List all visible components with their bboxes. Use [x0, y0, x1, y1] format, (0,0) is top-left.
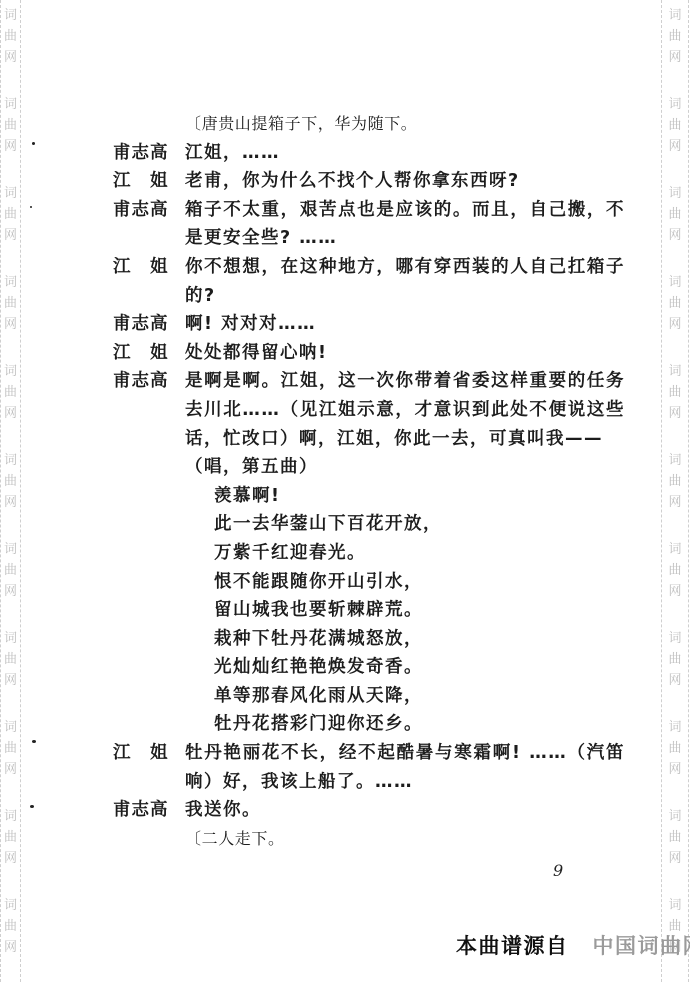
watermark-text: 词曲网 — [4, 272, 18, 335]
lyric-line: 牡丹花搭彩门迎你还乡。 — [185, 710, 625, 739]
watermark-text: 词曲网 — [4, 806, 18, 869]
watermark-text: 词曲网 — [4, 895, 18, 958]
watermark-text: 词曲网 — [4, 717, 18, 780]
script-line: 话，忙改口）啊，江姐，你此一去，可真叫我—— — [113, 425, 625, 454]
speaker-label: 甫志高 — [113, 196, 185, 225]
lyric-line: 万紫千红迎春光。 — [185, 539, 625, 568]
speaker-label: 江 姐 — [113, 253, 185, 282]
dialogue-text: 处处都得留心呐! — [185, 339, 625, 368]
script-line: 牡丹花搭彩门迎你还乡。 — [113, 710, 625, 739]
lyric-line: 留山城我也要斩棘辟荒。 — [185, 596, 625, 625]
script-body: 〔唐贵山提箱子下，华为随下。 甫志高 江姐，…… 江 姐 老甫，你为什么不找个人… — [113, 110, 625, 853]
lyric-line: 羡慕啊! — [185, 482, 625, 511]
ink-speck — [30, 206, 32, 208]
script-line: 甫志高 是啊是啊。江姐，这一次你带着省委这样重要的任务 — [113, 367, 625, 396]
script-line: 此一去华蓥山下百花开放， — [113, 510, 625, 539]
dialogue-text: 的? — [185, 282, 625, 311]
script-line: 江 姐 牡丹艳丽花不长，经不起酷暑与寒霜啊! ……（汽笛 — [113, 739, 625, 768]
ink-speck — [30, 805, 34, 808]
source-site-name: 中国词曲网 — [593, 934, 690, 958]
scanned-script-page: { "watermark": { "text": "词曲网" }, "page"… — [0, 0, 690, 982]
dialogue-text: 是啊是啊。江姐，这一次你带着省委这样重要的任务 — [185, 367, 625, 396]
script-line: 江 姐 你不想想，在这种地方，哪有穿西装的人自己扛箱子 — [113, 253, 625, 282]
script-line: 万紫千红迎春光。 — [113, 539, 625, 568]
dialogue-text: 去川北……（见江姐示意，才意识到此处不便说这些 — [185, 396, 625, 425]
dialogue-text: 话，忙改口）啊，江姐，你此一去，可真叫我—— — [185, 425, 625, 454]
script-line: 是更安全些? …… — [113, 224, 625, 253]
dialogue-text: 我送你。 — [185, 796, 625, 825]
dialogue-text: 啊! 对对对…… — [185, 310, 625, 339]
watermark-text: 词曲网 — [4, 183, 18, 246]
script-line: 〔二人走下。 — [113, 825, 625, 854]
watermark-text: 词曲网 — [668, 806, 682, 869]
watermark-text: 词曲网 — [4, 450, 18, 513]
ink-speck — [32, 740, 36, 743]
watermark-text: 词曲网 — [668, 272, 682, 335]
script-line: 甫志高 啊! 对对对…… — [113, 310, 625, 339]
watermark-text: 词曲网 — [668, 628, 682, 691]
speaker-label: 甫志高 — [113, 139, 185, 168]
watermark-text: 词曲网 — [668, 5, 682, 68]
script-line: 甫志高 江姐，…… — [113, 139, 625, 168]
watermark-text: 词曲网 — [4, 628, 18, 691]
source-attribution: 本曲谱源自中国词曲网 — [456, 930, 690, 960]
script-line: 甫志高 箱子不太重，艰苦点也是应该的。而且，自己搬，不 — [113, 196, 625, 225]
watermark-text: 词曲网 — [668, 717, 682, 780]
script-line: 羡慕啊! — [113, 482, 625, 511]
watermark-text: 词曲网 — [668, 450, 682, 513]
song-cue: （唱，第五曲） — [185, 453, 625, 482]
script-line: 〔唐贵山提箱子下，华为随下。 — [113, 110, 625, 139]
speaker-label: 江 姐 — [113, 739, 185, 768]
dialogue-text: 响）好，我该上船了。…… — [185, 768, 625, 797]
speaker-label: 甫志高 — [113, 367, 185, 396]
lyric-line: 此一去华蓥山下百花开放， — [185, 510, 625, 539]
watermark-text: 词曲网 — [668, 183, 682, 246]
script-line: 栽种下牡丹花满城怒放， — [113, 625, 625, 654]
right-watermark-strip: 词曲网 词曲网 词曲网 词曲网 词曲网 词曲网 词曲网 词曲网 词曲网 词曲网 … — [661, 0, 689, 982]
stage-direction: 〔唐贵山提箱子下，华为随下。 — [185, 110, 625, 139]
script-line: 恨不能跟随你开山引水， — [113, 568, 625, 597]
source-prefix: 本曲谱源自 — [456, 934, 569, 958]
speaker-label: 江 姐 — [113, 167, 185, 196]
watermark-text: 词曲网 — [668, 539, 682, 602]
speaker-label: 江 姐 — [113, 339, 185, 368]
dialogue-text: 牡丹艳丽花不长，经不起酷暑与寒霜啊! ……（汽笛 — [185, 739, 625, 768]
script-line: 甫志高 我送你。 — [113, 796, 625, 825]
watermark-text: 词曲网 — [4, 361, 18, 424]
lyric-line: 单等那春风化雨从天降， — [185, 682, 625, 711]
script-line: 单等那春风化雨从天降， — [113, 682, 625, 711]
lyric-line: 恨不能跟随你开山引水， — [185, 568, 625, 597]
watermark-text: 词曲网 — [4, 94, 18, 157]
script-line: （唱，第五曲） — [113, 453, 625, 482]
watermark-text: 词曲网 — [668, 94, 682, 157]
watermark-text: 词曲网 — [4, 5, 18, 68]
script-line: 留山城我也要斩棘辟荒。 — [113, 596, 625, 625]
script-line: 江 姐 老甫，你为什么不找个人帮你拿东西呀? — [113, 167, 625, 196]
left-watermark-strip: 词曲网 词曲网 词曲网 词曲网 词曲网 词曲网 词曲网 词曲网 词曲网 词曲网 … — [0, 0, 21, 982]
dialogue-text: 老甫，你为什么不找个人帮你拿东西呀? — [185, 167, 625, 196]
ink-speck — [32, 142, 35, 145]
speaker-label: 甫志高 — [113, 310, 185, 339]
script-line: 响）好，我该上船了。…… — [113, 768, 625, 797]
speaker-label: 甫志高 — [113, 796, 185, 825]
script-line: 江 姐 处处都得留心呐! — [113, 339, 625, 368]
watermark-text: 词曲网 — [4, 539, 18, 602]
script-line: 去川北……（见江姐示意，才意识到此处不便说这些 — [113, 396, 625, 425]
lyric-line: 光灿灿红艳艳焕发奇香。 — [185, 653, 625, 682]
stage-direction: 〔二人走下。 — [185, 825, 625, 854]
script-line: 光灿灿红艳艳焕发奇香。 — [113, 653, 625, 682]
dialogue-text: 你不想想，在这种地方，哪有穿西装的人自己扛箱子 — [185, 253, 625, 282]
dialogue-text: 箱子不太重，艰苦点也是应该的。而且，自己搬，不 — [185, 196, 625, 225]
lyric-line: 栽种下牡丹花满城怒放， — [185, 625, 625, 654]
script-line: 的? — [113, 282, 625, 311]
dialogue-text: 是更安全些? …… — [185, 224, 625, 253]
page-number: 9 — [553, 861, 563, 880]
dialogue-text: 江姐，…… — [185, 139, 625, 168]
watermark-text: 词曲网 — [668, 361, 682, 424]
